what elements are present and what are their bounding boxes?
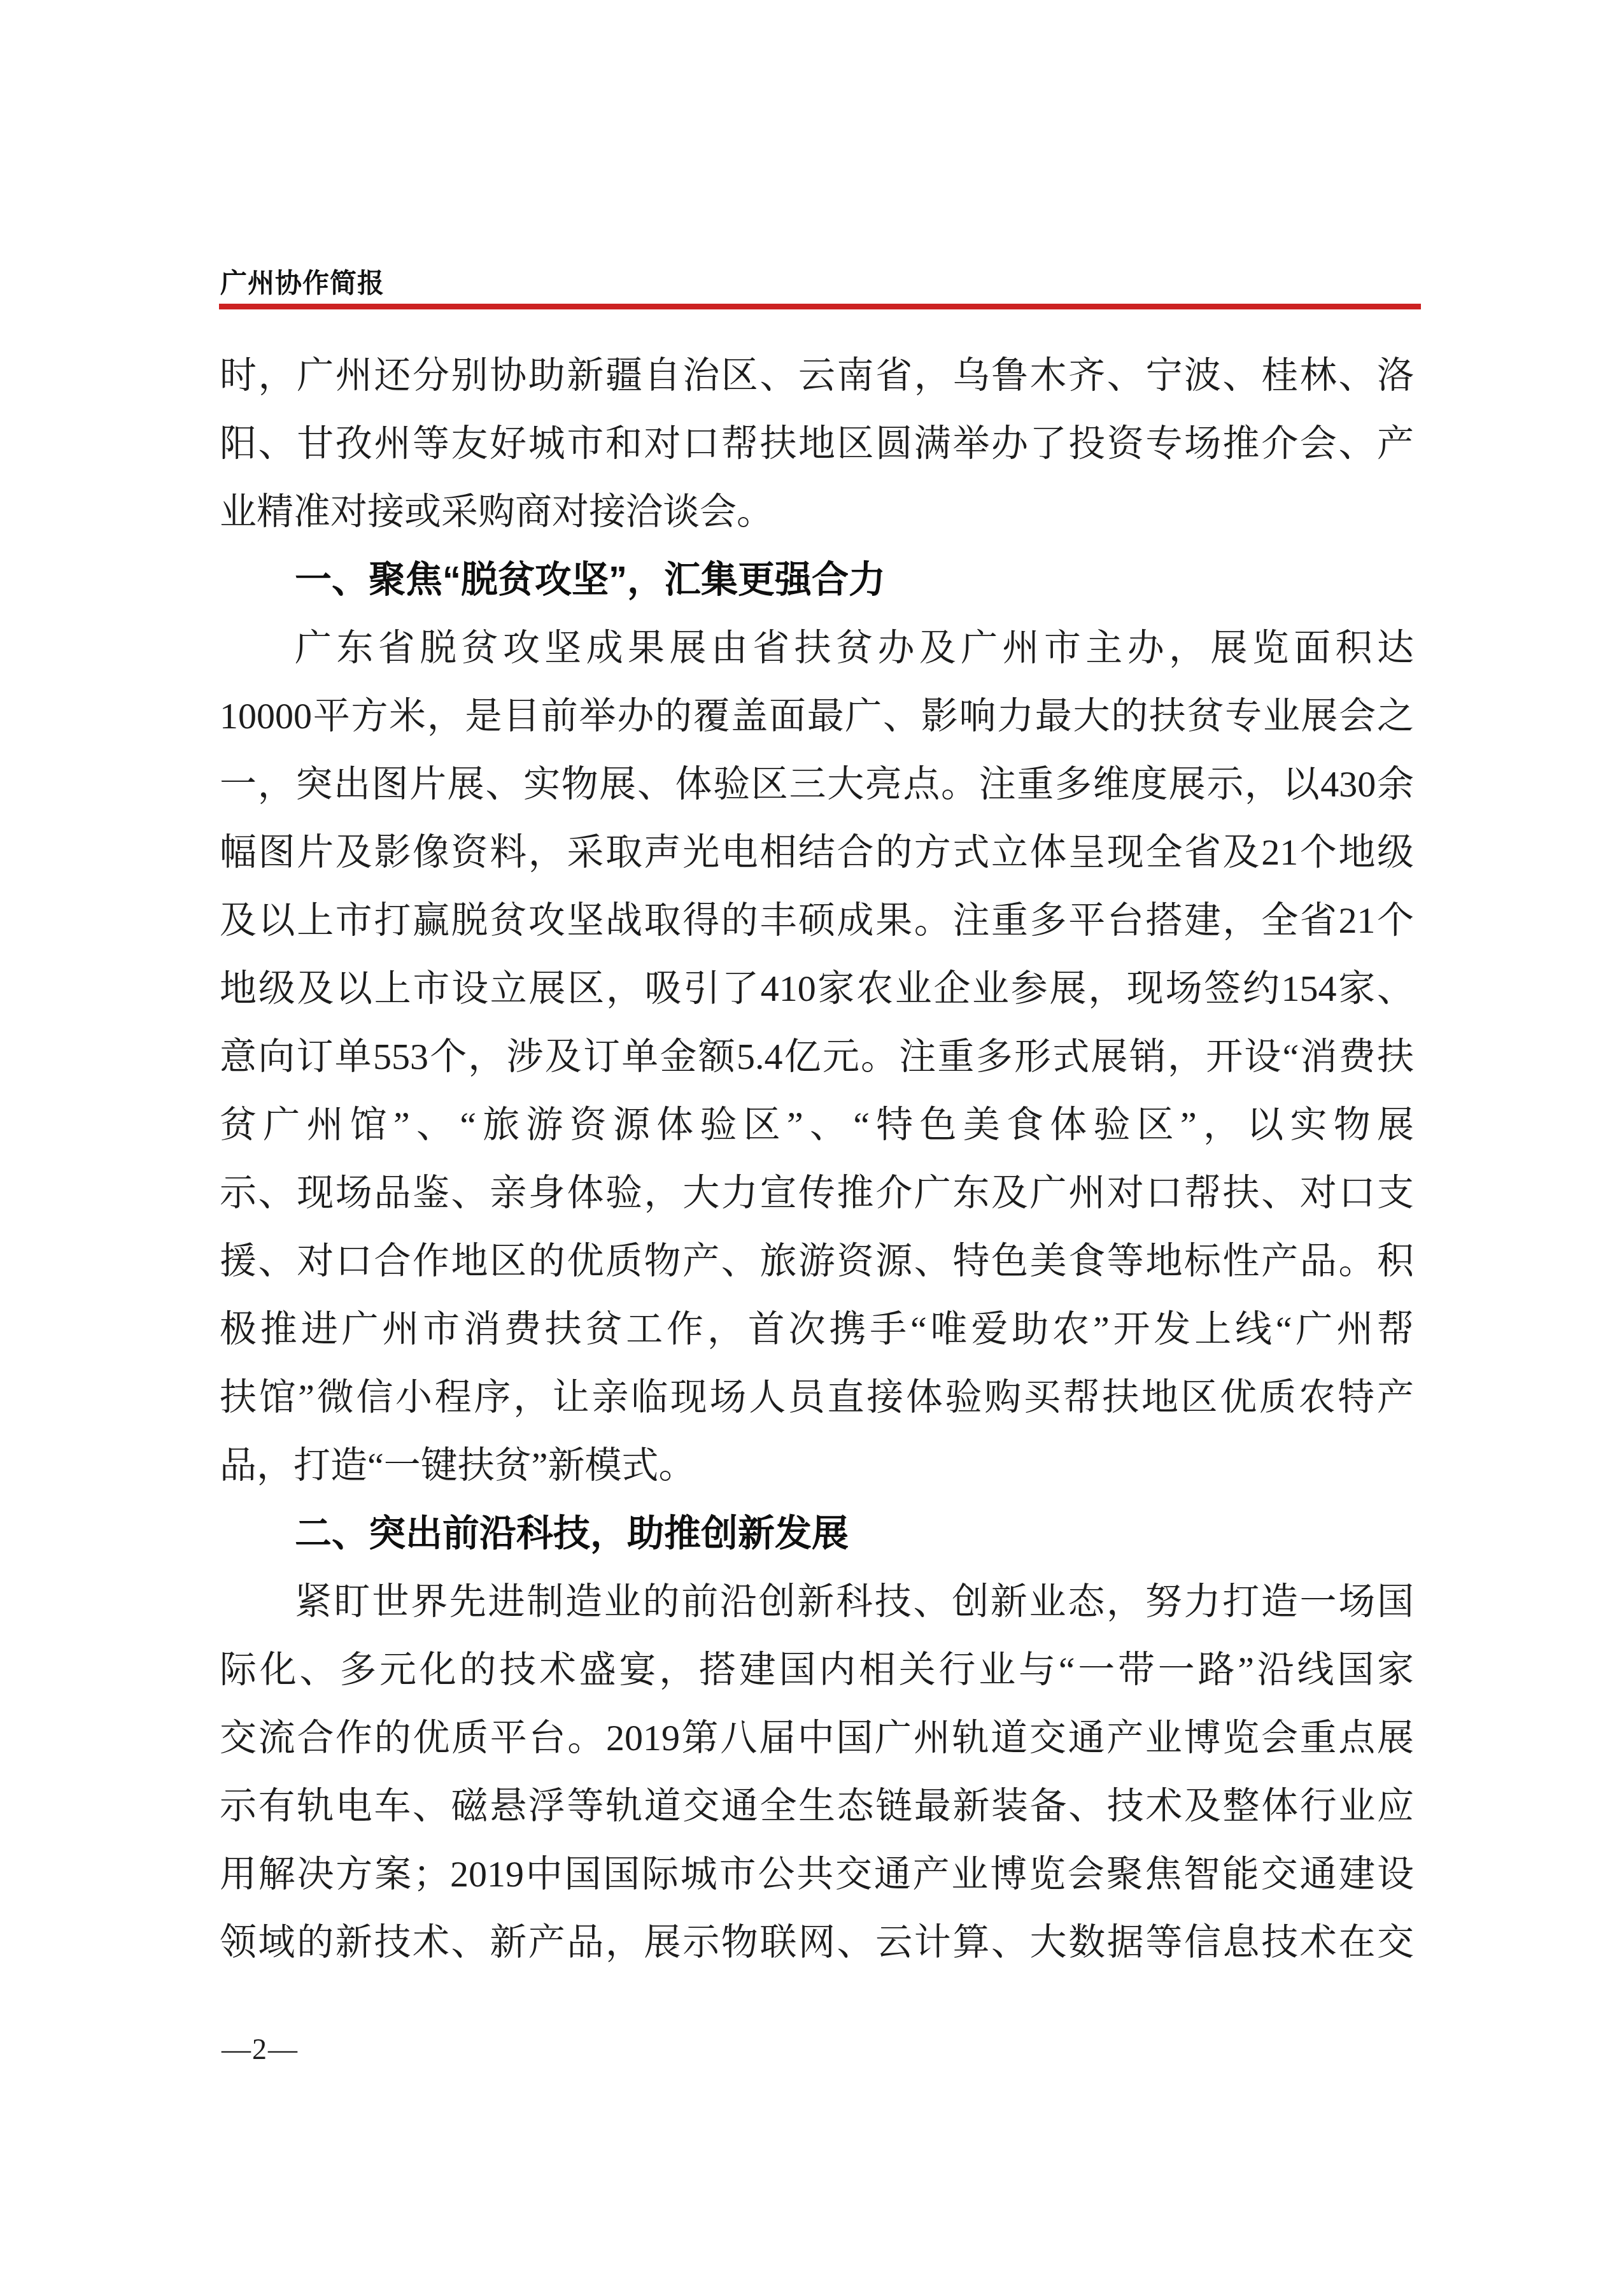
- body-line: 贫广州馆”、“旅游资源体验区”、“特色美食体验区”，以实物展: [220, 1091, 1414, 1159]
- section-heading: 一、聚焦“脱贫攻坚”，汇集更强合力: [220, 546, 1414, 614]
- body-line: 地级及以上市设立展区，吸引了410家农业企业参展，现场签约154家、: [220, 954, 1414, 1022]
- body-line: 业精准对接或采购商对接洽谈会。: [220, 478, 1414, 546]
- bulletin-masthead-title: 广州协作简报: [220, 270, 385, 298]
- body-line: 示有轨电车、磁悬浮等轨道交通全生态链最新装备、技术及整体行业应: [220, 1772, 1414, 1840]
- section-heading: 二、突出前沿科技，助推创新发展: [220, 1499, 1414, 1567]
- body-line: 交流合作的优质平台。2019第八届中国广州轨道交通产业博览会重点展: [220, 1704, 1414, 1772]
- document-page: 广州协作简报 时，广州还分别协助新疆自治区、云南省，乌鲁木齐、宁波、桂林、洛阳、…: [0, 0, 1624, 2278]
- document-body: 时，广州还分别协助新疆自治区、云南省，乌鲁木齐、宁波、桂林、洛阳、甘孜州等友好城…: [220, 341, 1414, 1976]
- body-line: 幅图片及影像资料，采取声光电相结合的方式立体呈现全省及21个地级: [220, 818, 1414, 886]
- body-line: 意向订单553个，涉及订单金额5.4亿元。注重多形式展销，开设“消费扶: [220, 1022, 1414, 1091]
- body-line: 示、现场品鉴、亲身体验，大力宣传推介广东及广州对口帮扶、对口支: [220, 1159, 1414, 1227]
- body-line: 阳、甘孜州等友好城市和对口帮扶地区圆满举办了投资专场推介会、产: [220, 409, 1414, 478]
- body-line: 广东省脱贫攻坚成果展由省扶贫办及广州市主办，展览面积达: [220, 614, 1414, 682]
- body-line: 10000平方米，是目前举办的覆盖面最广、影响力最大的扶贫专业展会之: [220, 682, 1414, 750]
- body-line: 用解决方案；2019中国国际城市公共交通产业博览会聚焦智能交通建设: [220, 1840, 1414, 1908]
- masthead-divider-rule: [219, 304, 1421, 309]
- body-line: 一，突出图片展、实物展、体验区三大亮点。注重多维度展示，以430余: [220, 750, 1414, 818]
- body-line: 极推进广州市消费扶贫工作，首次携手“唯爱助农”开发上线“广州帮: [220, 1295, 1414, 1363]
- body-line: 扶馆”微信小程序，让亲临现场人员直接体验购买帮扶地区优质农特产: [220, 1363, 1414, 1431]
- body-line: 品，打造“一键扶贫”新模式。: [220, 1431, 1414, 1499]
- body-line: 紧盯世界先进制造业的前沿创新科技、创新业态，努力打造一场国: [220, 1567, 1414, 1636]
- body-line: 时，广州还分别协助新疆自治区、云南省，乌鲁木齐、宁波、桂林、洛: [220, 341, 1414, 409]
- page-number: —2—: [222, 2033, 299, 2066]
- body-line: 领域的新技术、新产品，展示物联网、云计算、大数据等信息技术在交: [220, 1908, 1414, 1976]
- body-line: 及以上市打赢脱贫攻坚战取得的丰硕成果。注重多平台搭建，全省21个: [220, 886, 1414, 954]
- body-line: 援、对口合作地区的优质物产、旅游资源、特色美食等地标性产品。积: [220, 1227, 1414, 1295]
- body-line: 际化、多元化的技术盛宴，搭建国内相关行业与“一带一路”沿线国家: [220, 1636, 1414, 1704]
